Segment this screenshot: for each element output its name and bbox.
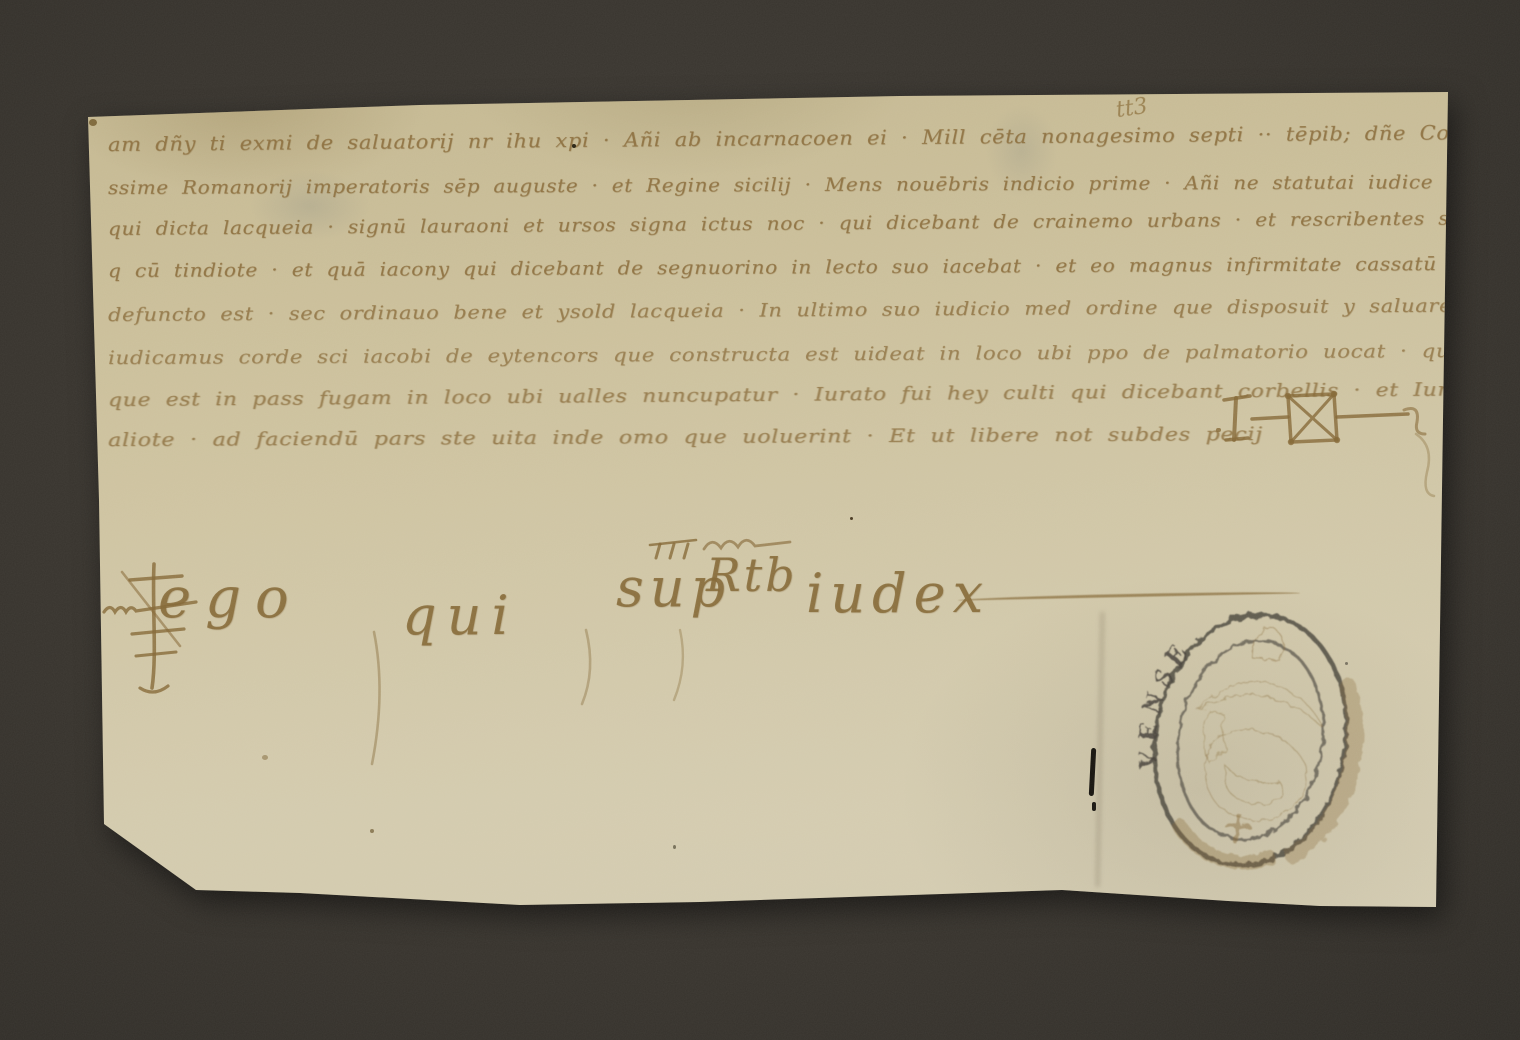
ink-speck <box>673 845 676 849</box>
ink-speck <box>89 119 97 126</box>
manuscript-line: q cū tindiote · et quā iacony qui diceba… <box>108 252 1520 282</box>
ink-speck <box>850 517 853 520</box>
signature-descender-strokes <box>360 630 700 780</box>
manuscript-line: defuncto est · sec ordinauo bene et ysol… <box>108 294 1520 326</box>
ink-speck <box>262 755 268 760</box>
manuscript-line: am dñy ti exmi de saluatorij nr ihu xpi … <box>108 119 1520 156</box>
ink-speck <box>572 144 576 148</box>
notarial-signum <box>1212 388 1452 498</box>
manuscript-line: ssime Romanorij imperatoris sēp auguste … <box>108 171 1520 199</box>
seal-border-letters: VENSE <box>1126 628 1200 777</box>
parchment-shadow: am dñy ti exmi de saluatorij nr ihu xpi … <box>0 0 1520 1040</box>
ink-speck <box>1345 662 1348 665</box>
svg-text:VENSE: VENSE <box>1126 628 1200 777</box>
fold-crease <box>1096 612 1105 887</box>
signature-word: Rtb <box>706 548 798 602</box>
rtb-abbreviation-bar <box>700 532 795 556</box>
signature-word: iudex <box>806 562 990 625</box>
parchment-slit-tear <box>1089 748 1097 796</box>
parchment-slit-dot <box>1092 802 1096 811</box>
ink-speck <box>370 829 374 833</box>
interline-abbreviation-mark: tt3 <box>1114 94 1149 123</box>
manuscript-line: iudicamus corde sci iacobi de eytencors … <box>108 339 1520 369</box>
manuscript-line: aliote · ad faciendū pars ste uita inde … <box>108 423 1263 451</box>
archive-seal-stamp: VENSE <box>1117 583 1383 902</box>
signature-word: ego <box>158 566 303 631</box>
photo-background: am dñy ti exmi de saluatorij nr ihu xpi … <box>0 0 1520 1040</box>
manuscript-line: qui dicta lacqueia · signū lauraoni et u… <box>108 207 1520 240</box>
parchment: am dñy ti exmi de saluatorij nr ihu xpi … <box>0 0 1520 1040</box>
